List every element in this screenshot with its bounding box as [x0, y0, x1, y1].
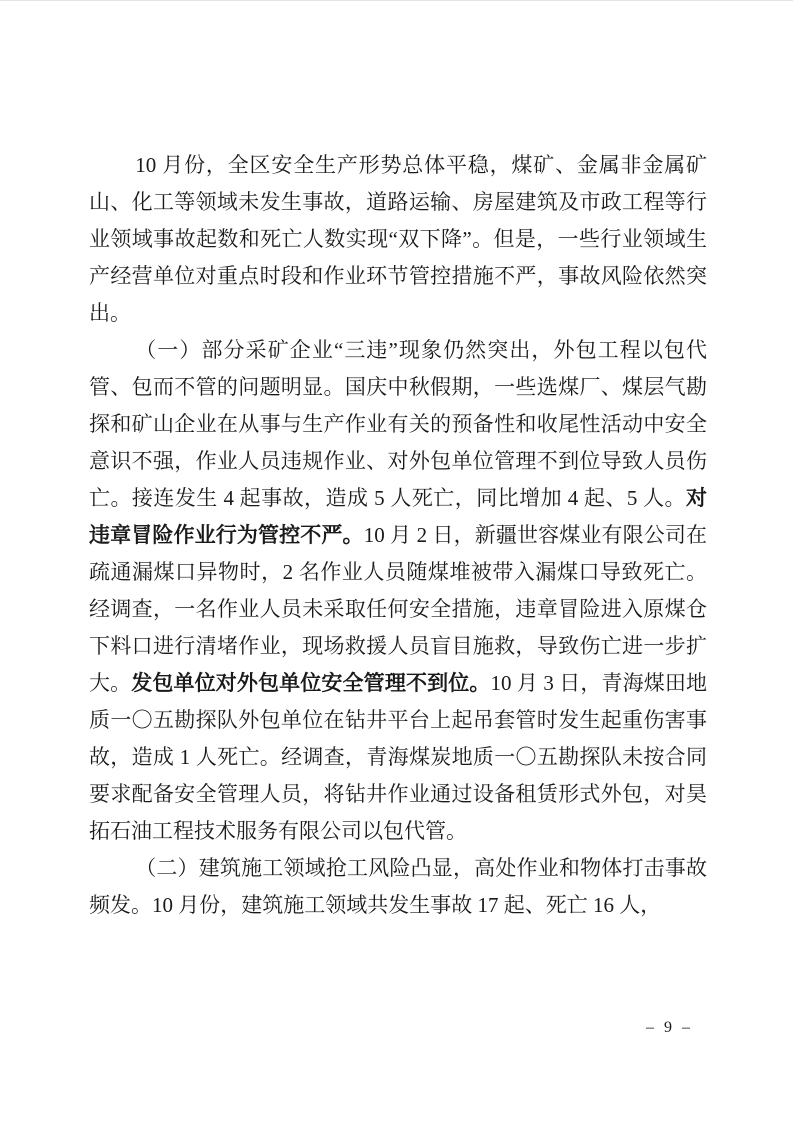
- text-run: 10 月份，全区安全生产形势总体平稳，煤矿、金属非金属矿山、化工等领域未发生事故…: [89, 153, 707, 325]
- document-page: 10 月份，全区安全生产形势总体平稳，煤矿、金属非金属矿山、化工等领域未发生事故…: [0, 0, 793, 1122]
- paragraph-intro: 10 月份，全区安全生产形势总体平稳，煤矿、金属非金属矿山、化工等领域未发生事故…: [89, 147, 707, 332]
- text-run: （二）建筑施工领域抢工风险凸显，高处作业和物体打击事故频发。10 月份，建筑施工…: [89, 856, 707, 917]
- text-run: 10 月 3 日，青海煤田地质一〇五勘探队外包单位在钻井平台上起吊套管时发生起重…: [89, 671, 707, 843]
- document-body: 10 月份，全区安全生产形势总体平稳，煤矿、金属非金属矿山、化工等领域未发生事故…: [89, 147, 707, 924]
- page-number: – 9 –: [646, 1019, 693, 1037]
- text-run-emphasis: 发包单位对外包单位安全管理不到位。: [131, 671, 490, 695]
- text-run: 10 月 2 日，新疆世容煤业有限公司在疏通漏煤口异物时，2 名作业人员随煤堆被…: [89, 523, 707, 695]
- text-run: （一）部分采矿企业“三违”现象仍然突出，外包工程以包代管、包而不管的问题明显。国…: [89, 338, 707, 510]
- paragraph-section-1: （一）部分采矿企业“三违”现象仍然突出，外包工程以包代管、包而不管的问题明显。国…: [89, 332, 707, 850]
- paragraph-section-2: （二）建筑施工领域抢工风险凸显，高处作业和物体打击事故频发。10 月份，建筑施工…: [89, 850, 707, 924]
